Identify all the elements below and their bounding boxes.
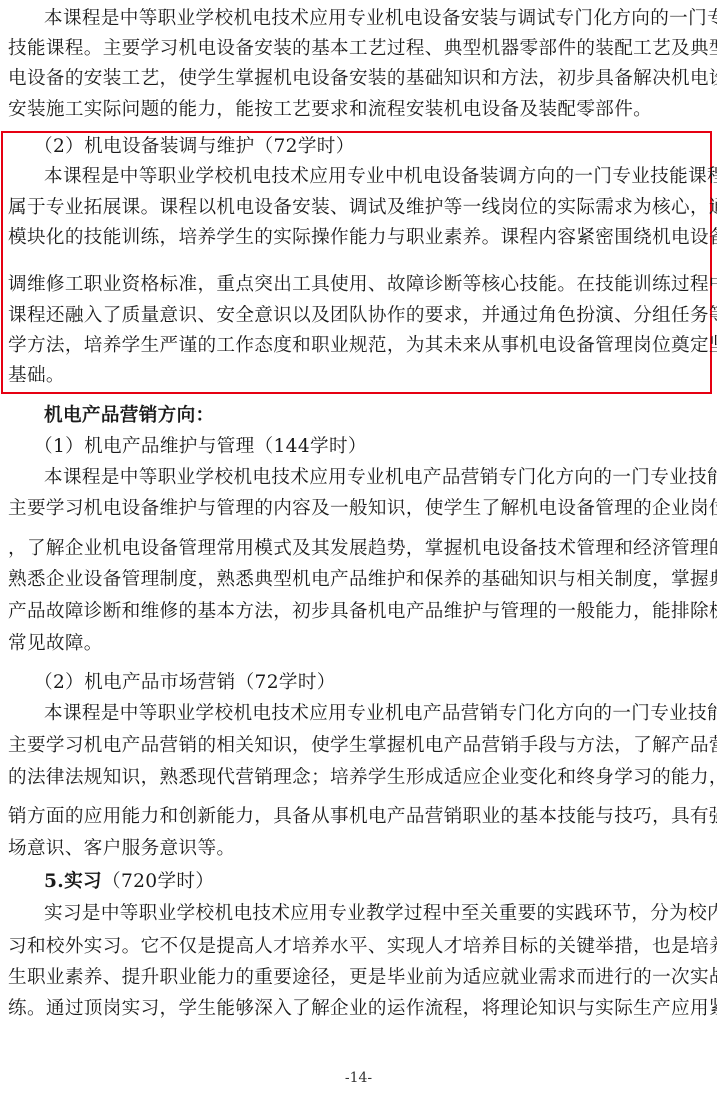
paragraph-line: 熟悉企业设备管理制度，熟悉典型机电产品维护和保养的基础知识与相关制度，掌握典型机… — [8, 568, 708, 592]
paragraph-line: 主要学习机电设备维护与管理的内容及一般知识，使学生了解机电设备管理的企业岗位及职… — [8, 497, 708, 521]
internship-hours: （720学时） — [102, 871, 214, 892]
paragraph-line: 技能课程。主要学习机电设备安装的基本工艺过程、典型机器零部件的装配工艺及典型机 — [8, 37, 708, 61]
section-heading-internship: 5.实习（720学时） — [44, 870, 708, 894]
paragraph-line: 属于专业拓展课。课程以机电设备安装、调试及维护等一线岗位的实际需求为核心，通过 — [8, 196, 708, 220]
course-heading-equipment-maintenance: （2）机电设备装调与维护（72学时） — [34, 135, 717, 159]
paragraph-line: 调维修工职业资格标准，重点突出工具使用、故障诊断等核心技能。在技能训练过程中， — [8, 273, 708, 297]
paragraph-line: 本课程是中等职业学校机电技术应用专业机电设备安装与调试专门化方向的一门专业 — [44, 7, 708, 31]
paragraph-line: 基础。 — [8, 364, 708, 388]
paragraph-line: ，了解企业机电设备管理常用模式及其发展趋势，掌握机电设备技术管理和经济管理的内容… — [8, 537, 708, 561]
paragraph-line: 的法律法规知识，熟悉现代营销理念；培养学生形成适应企业变化和终身学习的能力，培养… — [8, 766, 708, 790]
internship-title: 5.实习 — [44, 871, 102, 892]
paragraph-line: 练。通过顶岗实习，学生能够深入了解企业的运作流程，将理论知识与实际生产应用紧密 — [8, 997, 708, 1021]
section-heading-marketing: 机电产品营销方向： — [44, 404, 708, 428]
paragraph-line: 产品故障诊断和维修的基本方法，初步具备机电产品维护与管理的一般能力，能排除机电产… — [8, 600, 708, 624]
paragraph-line: 本课程是中等职业学校机电技术应用专业机电产品营销专门化方向的一门专业技能课程。 — [44, 702, 708, 726]
paragraph-line: 习和校外实习。它不仅是提高人才培养水平、实现人才培养目标的关键举措，也是培养学 — [8, 935, 708, 959]
paragraph-line: 常见故障。 — [8, 632, 708, 656]
paragraph-line: 场意识、客户服务意识等。 — [8, 837, 708, 861]
paragraph-line: 安装施工实际问题的能力，能按工艺要求和流程安装机电设备及装配零部件。 — [8, 98, 708, 122]
paragraph-line: 本课程是中等职业学校机电技术应用专业中机电设备装调方向的一门专业技能课程， — [44, 165, 708, 189]
paragraph-line: 电设备的安装工艺，使学生掌握机电设备安装的基础知识和方法，初步具备解决机电设备 — [8, 67, 708, 91]
paragraph-line: 课程还融入了质量意识、安全意识以及团队协作的要求，并通过角色扮演、分组任务等教 — [8, 304, 708, 328]
paragraph-line: 学方法，培养学生严谨的工作态度和职业规范，为其未来从事机电设备管理岗位奠定坚实 — [8, 334, 708, 358]
paragraph-line: 模块化的技能训练，培养学生的实际操作能力与职业素养。课程内容紧密围绕机电设备装 — [8, 226, 708, 250]
paragraph-line: 主要学习机电产品营销的相关知识，使学生掌握机电产品营销手段与方法，了解产品营销相… — [8, 734, 708, 758]
paragraph-line: 本课程是中等职业学校机电技术应用专业机电产品营销专门化方向的一门专业技能课程。 — [44, 466, 708, 490]
paragraph-line: 销方面的应用能力和创新能力，具备从事机电产品营销职业的基本技能与技巧，具有强烈的… — [8, 805, 708, 829]
course-heading-product-maintenance: （1）机电产品维护与管理（144学时） — [34, 435, 717, 459]
document-page: 本课程是中等职业学校机电技术应用专业机电设备安装与调试专门化方向的一门专业 技能… — [0, 0, 717, 1098]
paragraph-line: 实习是中等职业学校机电技术应用专业教学过程中至关重要的实践环节，分为校内实 — [44, 902, 708, 926]
page-number: -14- — [0, 1070, 717, 1086]
paragraph-line: 生职业素养、提升职业能力的重要途径，更是毕业前为适应就业需求而进行的一次实战演 — [8, 966, 708, 990]
course-heading-product-marketing: （2）机电产品市场营销（72学时） — [34, 671, 717, 695]
